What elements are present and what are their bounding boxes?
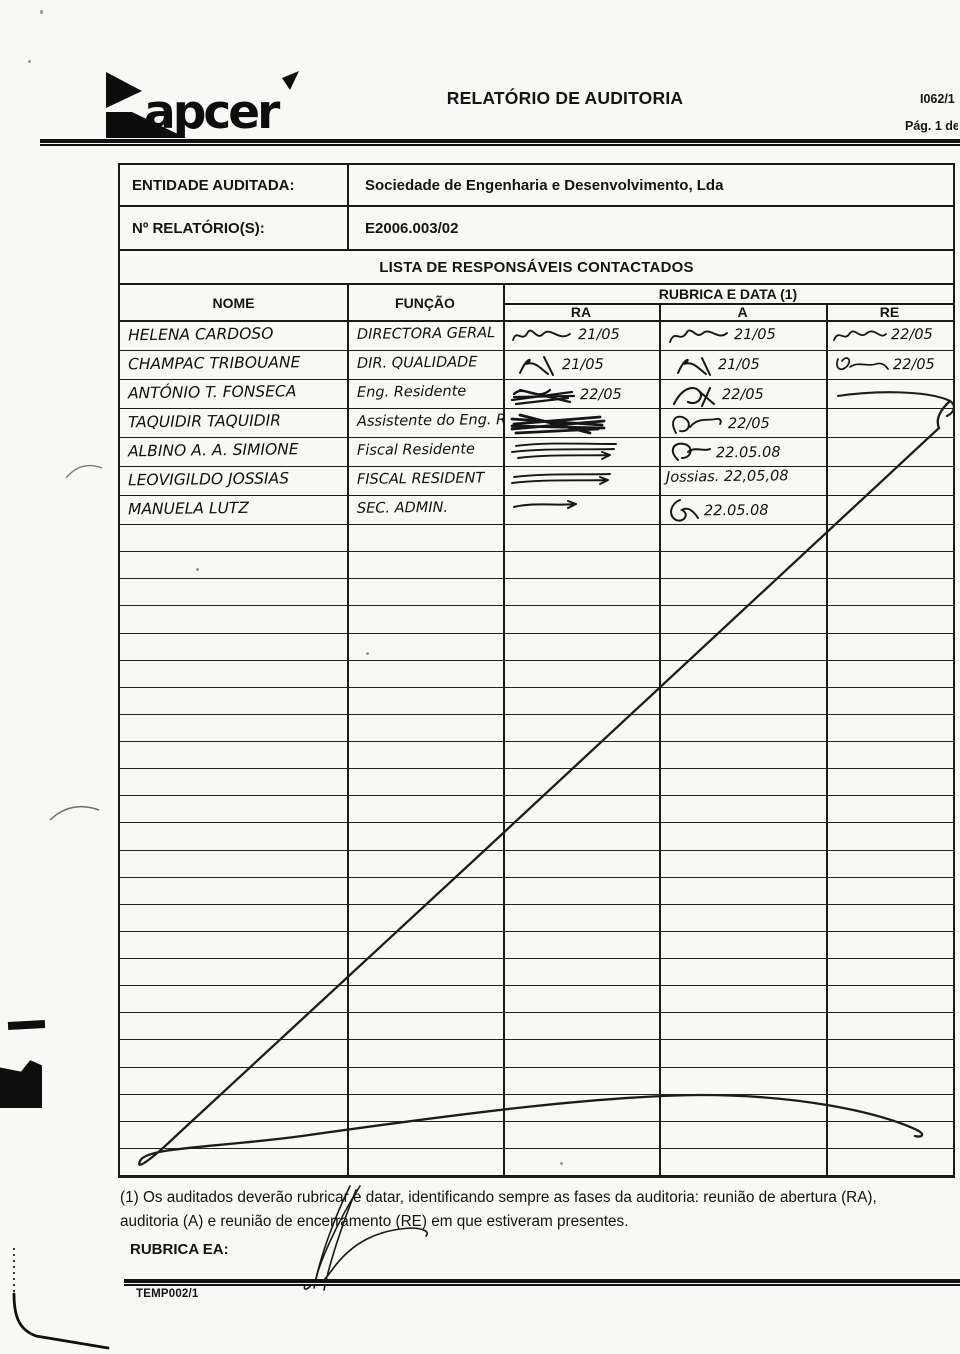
table-row: HELENA CARDOSO DIRECTORA GERAL 21/05 21/… bbox=[120, 322, 953, 351]
auditee-function: Assistente do Eng. R bbox=[357, 412, 503, 430]
column-header-nome: NOME bbox=[120, 285, 347, 320]
page-title: RELATÓRIO DE AUDITORIA bbox=[330, 88, 800, 109]
auditee-name: ANTÓNIO T. FONSECA bbox=[128, 382, 344, 403]
page-number: Pág. 1 de 1 bbox=[905, 119, 958, 133]
empty-row bbox=[120, 823, 953, 850]
scan-speck bbox=[366, 652, 369, 655]
auditee-function: DIR. QUALIDADE bbox=[357, 354, 503, 372]
rubrica-ea-label: RUBRICA EA: bbox=[130, 1241, 229, 1258]
auditee-function: Eng. Residente bbox=[357, 383, 503, 401]
logo-text: apcer bbox=[144, 85, 281, 140]
scribble-mark bbox=[510, 411, 606, 437]
signature-squiggle bbox=[666, 411, 724, 437]
scribble-mark bbox=[510, 440, 620, 464]
empty-row bbox=[120, 959, 953, 986]
column-header-rubrica: RUBRICA E DATA (1) bbox=[503, 285, 953, 303]
footnote-line-1: (1) Os auditados deverão rubricar e data… bbox=[120, 1186, 956, 1210]
responsibles-table-header: NOME FUNÇÃO RUBRICA E DATA (1) RA A RE bbox=[118, 283, 955, 322]
signature-squiggle bbox=[832, 324, 888, 346]
auditee-name: LEOVIGILDO JOSSIAS bbox=[128, 469, 344, 490]
footnote: (1) Os auditados deverão rubricar e data… bbox=[120, 1186, 956, 1234]
signature-squiggle bbox=[666, 498, 700, 524]
empty-rows-area bbox=[120, 525, 953, 1175]
table-row: MANUELA LUTZ SEC. ADMIN. 22.05.08 bbox=[120, 496, 953, 525]
empty-row bbox=[120, 986, 953, 1013]
empty-row bbox=[120, 1068, 953, 1095]
empty-row bbox=[120, 1095, 953, 1122]
table-row: ANTÓNIO T. FONSECA Eng. Residente 22/05 … bbox=[120, 380, 953, 409]
scribble-mark bbox=[510, 469, 614, 491]
responsibles-table: HELENA CARDOSO DIRECTORA GERAL 21/05 21/… bbox=[118, 322, 955, 1178]
auditee-name: CHAMPAC TRIBOUANE bbox=[128, 353, 344, 374]
empty-row bbox=[120, 661, 953, 688]
section-title: LISTA DE RESPONSÁVEIS CONTACTADOS bbox=[118, 251, 955, 283]
empty-row bbox=[120, 715, 953, 742]
scan-speck bbox=[28, 60, 31, 63]
apcer-logo-mark-icon: apcer bbox=[104, 68, 304, 140]
column-header-ra: RA bbox=[503, 303, 659, 320]
entity-label: ENTIDADE AUDITADA: bbox=[120, 165, 349, 205]
entity-value: Sociedade de Engenharia e Desenvolviment… bbox=[349, 165, 953, 205]
rubric-date-ra: 22/05 bbox=[580, 387, 622, 404]
scan-artifact-blob bbox=[0, 1056, 42, 1108]
auditee-function: SEC. ADMIN. bbox=[357, 499, 503, 517]
empty-row bbox=[120, 634, 953, 661]
entity-row: ENTIDADE AUDITADA: Sociedade de Engenhar… bbox=[118, 163, 955, 207]
signature-squiggle bbox=[510, 324, 574, 346]
auditee-function: DIRECTORA GERAL bbox=[357, 325, 503, 343]
signature-squiggle bbox=[510, 353, 558, 377]
empty-row bbox=[120, 1040, 953, 1067]
report-number-value: E2006.003/02 bbox=[349, 207, 953, 249]
page-corner-fold-mark bbox=[2, 1246, 124, 1352]
rubric-date-a: 21/05 bbox=[718, 357, 760, 374]
header-divider-rule bbox=[40, 139, 960, 146]
empty-row bbox=[120, 1122, 953, 1149]
rubric-date-a: Jossias. 22,05,08 bbox=[666, 468, 789, 485]
scanned-audit-report-page: { "header": { "logo_text": "apcer", "tit… bbox=[0, 0, 960, 1354]
empty-row bbox=[120, 769, 953, 796]
empty-row bbox=[120, 905, 953, 932]
rubric-date-re: 22/05 bbox=[891, 327, 933, 344]
empty-row bbox=[120, 525, 953, 552]
signature-squiggle bbox=[666, 324, 730, 346]
empty-row bbox=[120, 688, 953, 715]
table-row: ALBINO A. A. SIMIONE Fiscal Residente 22… bbox=[120, 438, 953, 467]
rubric-date-re: 22/05 bbox=[893, 357, 935, 374]
doc-code: I062/1 bbox=[920, 92, 958, 106]
rubric-date-a: 21/05 bbox=[734, 327, 776, 344]
auditee-function: FISCAL RESIDENT bbox=[357, 470, 503, 488]
column-header-a: A bbox=[659, 303, 826, 320]
ea-signature bbox=[252, 1180, 442, 1292]
report-number-row: Nº RELATÓRIO(S): E2006.003/02 bbox=[118, 207, 955, 251]
column-header-funcao: FUNÇÃO bbox=[347, 285, 503, 320]
auditee-name: MANUELA LUTZ bbox=[128, 498, 344, 519]
empty-row bbox=[120, 851, 953, 878]
table-row: TAQUIDIR TAQUIDIR Assistente do Eng. R 2… bbox=[120, 409, 953, 438]
auditee-name: HELENA CARDOSO bbox=[128, 324, 344, 345]
footnote-line-2: auditoria (A) e reunião de encerramento … bbox=[120, 1210, 956, 1234]
empty-row bbox=[120, 742, 953, 769]
apcer-logo: apcer bbox=[104, 68, 304, 140]
rubric-date-a: 22/05 bbox=[722, 387, 764, 404]
empty-row bbox=[120, 1149, 953, 1175]
empty-row bbox=[120, 878, 953, 905]
table-row: CHAMPAC TRIBOUANE DIR. QUALIDADE 21/05 2… bbox=[120, 351, 953, 380]
scan-speck bbox=[40, 10, 43, 14]
empty-row bbox=[120, 606, 953, 633]
rubric-date-a: 22.05.08 bbox=[716, 445, 781, 462]
auditee-name: TAQUIDIR TAQUIDIR bbox=[128, 411, 344, 432]
empty-row bbox=[120, 796, 953, 823]
template-code: TEMP002/1 bbox=[136, 1288, 199, 1300]
scan-speck bbox=[560, 1162, 563, 1165]
auditee-function: Fiscal Residente bbox=[357, 441, 503, 459]
signature-squiggle bbox=[832, 353, 890, 377]
signature-squiggle bbox=[666, 382, 718, 408]
signature-squiggle bbox=[666, 353, 714, 377]
scan-speck bbox=[196, 568, 199, 571]
empty-row bbox=[120, 579, 953, 606]
report-number-label: Nº RELATÓRIO(S): bbox=[120, 207, 349, 249]
empty-row bbox=[120, 932, 953, 959]
dash-mark bbox=[510, 498, 580, 514]
empty-row bbox=[120, 1013, 953, 1040]
footer-divider-rule bbox=[124, 1279, 960, 1286]
empty-row bbox=[120, 552, 953, 579]
rubric-date-a: 22.05.08 bbox=[704, 503, 769, 520]
rubric-date-ra: 21/05 bbox=[562, 357, 604, 374]
scribble-mark bbox=[510, 382, 576, 408]
signature-squiggle bbox=[666, 440, 712, 466]
table-row: LEOVIGILDO JOSSIAS FISCAL RESIDENT Jossi… bbox=[120, 467, 953, 496]
scan-speck-mark bbox=[1, 1146, 13, 1158]
margin-pen-curve bbox=[64, 452, 106, 492]
column-header-re: RE bbox=[826, 303, 953, 320]
margin-pen-curve bbox=[48, 796, 102, 834]
rubric-date-ra: 21/05 bbox=[578, 327, 620, 344]
rubric-date-a: 22/05 bbox=[728, 416, 770, 433]
auditee-name: ALBINO A. A. SIMIONE bbox=[128, 440, 344, 461]
scan-artifact-dash bbox=[8, 1020, 45, 1030]
